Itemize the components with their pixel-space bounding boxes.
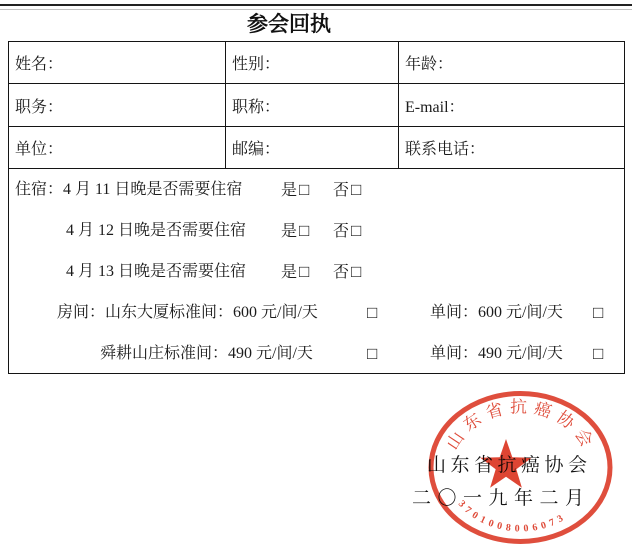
night2-line: 4 月 12 日晚是否需要住宿 是□ 否□ — [9, 210, 624, 251]
room1-single-text: 单间：600 元/间/天 — [430, 292, 563, 333]
field-label-title: 职称： — [232, 99, 280, 116]
table-row-job: 职务： 职称： E-mail： — [9, 84, 625, 127]
field-label-postcode: 邮编： — [232, 141, 280, 158]
night1-line: 住宿：4 月 11 日晚是否需要住宿 是□ 否□ — [9, 169, 624, 210]
room1-option-text: 房间：山东大厦标准间：600 元/间/天 — [57, 292, 318, 333]
night3-question: 4 月 13 日晚是否需要住宿 — [66, 251, 246, 292]
accommodation-cell: 住宿：4 月 11 日晚是否需要住宿 是□ 否□ 4 月 12 日晚是否需要住宿… — [9, 169, 625, 374]
night2-question: 4 月 12 日晚是否需要住宿 — [66, 210, 246, 251]
night1-yes-option[interactable]: 是□ — [281, 169, 309, 211]
checkbox-icon[interactable]: □ — [367, 292, 377, 333]
checkbox-icon[interactable]: □ — [593, 292, 603, 333]
page-title: 参会回执 — [0, 8, 578, 38]
field-label-organization: 单位： — [15, 141, 63, 158]
table-row-contact: 单位： 邮编： 联系电话： — [9, 127, 625, 169]
field-cell-postcode[interactable]: 邮编： — [226, 127, 399, 169]
room2-line: 舜耕山庄标准间：490 元/间/天 □ 单间：490 元/间/天 □ — [9, 333, 624, 374]
checkbox-icon[interactable]: □ — [299, 180, 309, 199]
room2-option-text: 舜耕山庄标准间：490 元/间/天 — [100, 333, 313, 374]
seal-arc-text: 山东省抗癌协会 — [443, 397, 599, 454]
document-page: 参会回执 姓名： 性别： 年龄： 职务： 职称： E-mail： 单位： 邮编：… — [0, 0, 632, 552]
checkbox-icon[interactable]: □ — [593, 333, 603, 374]
field-cell-email[interactable]: E-mail： — [399, 84, 625, 127]
field-label-age: 年龄： — [405, 56, 453, 73]
room1-line: 房间：山东大厦标准间：600 元/间/天 □ 单间：600 元/间/天 □ — [9, 292, 624, 333]
night3-no-option[interactable]: 否□ — [333, 251, 361, 293]
field-cell-organization[interactable]: 单位： — [9, 127, 226, 169]
signature-org: 山东省抗癌协会 — [427, 450, 592, 477]
checkbox-icon[interactable]: □ — [351, 180, 361, 199]
rooms-label: 房间： — [57, 304, 105, 321]
field-label-gender: 性别： — [232, 56, 280, 73]
field-label-email: E-mail： — [405, 99, 465, 116]
field-cell-phone[interactable]: 联系电话： — [399, 127, 625, 169]
checkbox-icon[interactable]: □ — [299, 221, 309, 240]
signature-date: 二〇一九年二月 — [412, 483, 591, 510]
checkbox-icon[interactable]: □ — [367, 333, 377, 374]
svg-text:山东省抗癌协会: 山东省抗癌协会 — [443, 397, 599, 454]
table-row-identity: 姓名： 性别： 年龄： — [9, 42, 625, 84]
field-label-phone: 联系电话： — [405, 141, 485, 158]
night1-no-option[interactable]: 否□ — [333, 169, 361, 211]
night3-line: 4 月 13 日晚是否需要住宿 是□ 否□ — [9, 251, 624, 292]
checkbox-icon[interactable]: □ — [299, 262, 309, 281]
room2-single-text: 单间：490 元/间/天 — [430, 333, 563, 374]
field-cell-age[interactable]: 年龄： — [399, 42, 625, 84]
lodging-label: 住宿： — [15, 181, 63, 198]
night3-yes-option[interactable]: 是□ — [281, 251, 309, 293]
field-cell-name[interactable]: 姓名： — [9, 42, 226, 84]
night1-question: 住宿：4 月 11 日晚是否需要住宿 — [15, 169, 242, 210]
field-cell-gender[interactable]: 性别： — [226, 42, 399, 84]
checkbox-icon[interactable]: □ — [351, 262, 361, 281]
field-label-position: 职务： — [15, 99, 63, 116]
field-cell-position[interactable]: 职务： — [9, 84, 226, 127]
night2-yes-option[interactable]: 是□ — [281, 210, 309, 252]
checkbox-icon[interactable]: □ — [351, 221, 361, 240]
field-cell-title[interactable]: 职称： — [226, 84, 399, 127]
reply-form-table: 姓名： 性别： 年龄： 职务： 职称： E-mail： 单位： 邮编： 联系电话… — [8, 41, 625, 374]
night2-no-option[interactable]: 否□ — [333, 210, 361, 252]
table-row-accommodation: 住宿：4 月 11 日晚是否需要住宿 是□ 否□ 4 月 12 日晚是否需要住宿… — [9, 169, 625, 374]
field-label-name: 姓名： — [15, 56, 63, 73]
